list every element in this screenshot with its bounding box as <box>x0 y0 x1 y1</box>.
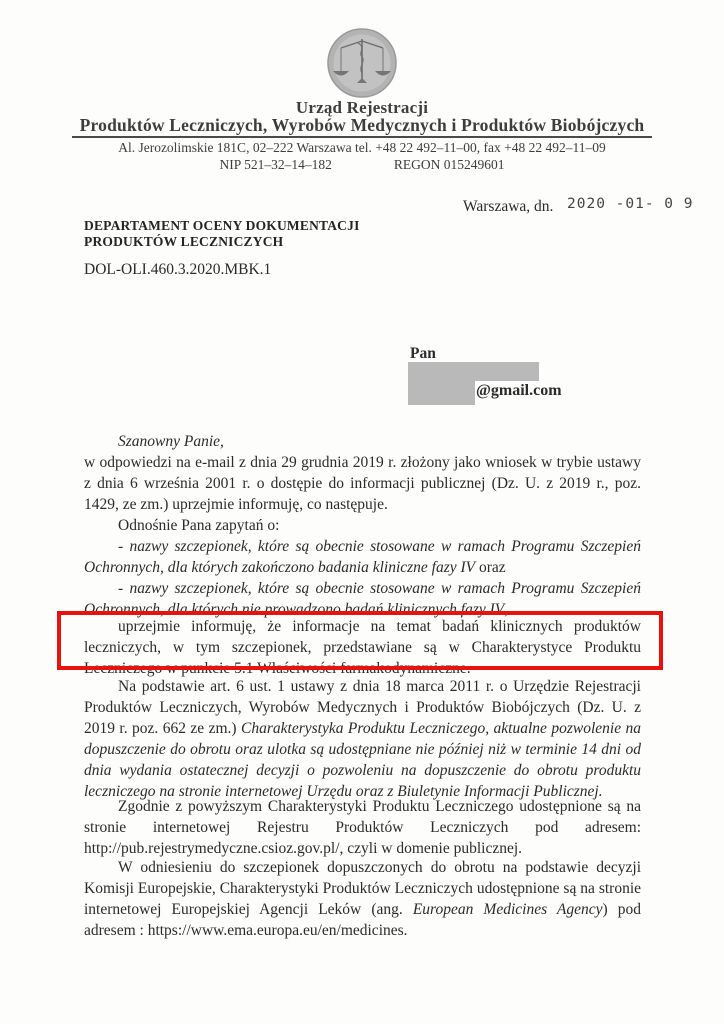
body-paragraph-ema-url: W odniesieniu do szczepionek dopuszczony… <box>84 857 641 941</box>
red-annotation-box <box>57 611 663 670</box>
org-name-line2: Produktów Leczniczych, Wyrobów Medycznyc… <box>0 115 724 136</box>
department-name: DEPARTAMENT OCENY DOKUMENTACJI PRODUKTÓW… <box>84 218 360 250</box>
org-nip-regon-line: NIP 521–32–14–182REGON 015249601 <box>0 157 724 173</box>
reference-number: DOL-OLI.460.3.2020.MBK.1 <box>84 261 271 279</box>
department-line1: DEPARTAMENT OCENY DOKUMENTACJI <box>84 218 360 234</box>
addressee-salutation: Pan <box>410 345 436 363</box>
org-address-line: Al. Jerozolimskie 181C, 02–222 Warszawa … <box>0 140 724 156</box>
body-paragraph-questions-lead: Odnośnie Pana zapytań o: <box>84 515 641 536</box>
body-paragraph-intro: w odpowiedzi na e-mail z dnia 29 grudnia… <box>84 452 641 515</box>
body-paragraph-question-1: - nazwy szczepionek, które są obecnie st… <box>84 536 641 578</box>
letterhead-rule <box>72 136 652 138</box>
place-date-label: Warszawa, dn. <box>463 198 553 216</box>
date-stamp: 2020 -01- 0 9 <box>567 196 694 212</box>
letter-body: Szanowny Panie, w odpowiedzi na e-mail z… <box>84 431 641 941</box>
redaction-box-email-local-part <box>408 381 475 405</box>
scales-seal-icon <box>327 27 397 99</box>
body-paragraph-register-url: Zgodnie z powyższym Charakterystyki Prod… <box>84 796 641 859</box>
addressee-email-suffix: @gmail.com <box>476 382 562 400</box>
department-line2: PRODUKTÓW LECZNICZYCH <box>84 234 360 250</box>
redaction-box-name <box>408 362 539 381</box>
scanned-letter-page: Urząd Rejestracji Produktów Leczniczych,… <box>0 0 724 1024</box>
body-paragraph-legal-basis: Na podstawie art. 6 ust. 1 ustawy z dnia… <box>84 676 641 802</box>
body-paragraph-greeting: Szanowny Panie, <box>84 431 641 452</box>
org-regon: REGON 015249601 <box>394 157 505 172</box>
org-nip: NIP 521–32–14–182 <box>219 157 331 172</box>
